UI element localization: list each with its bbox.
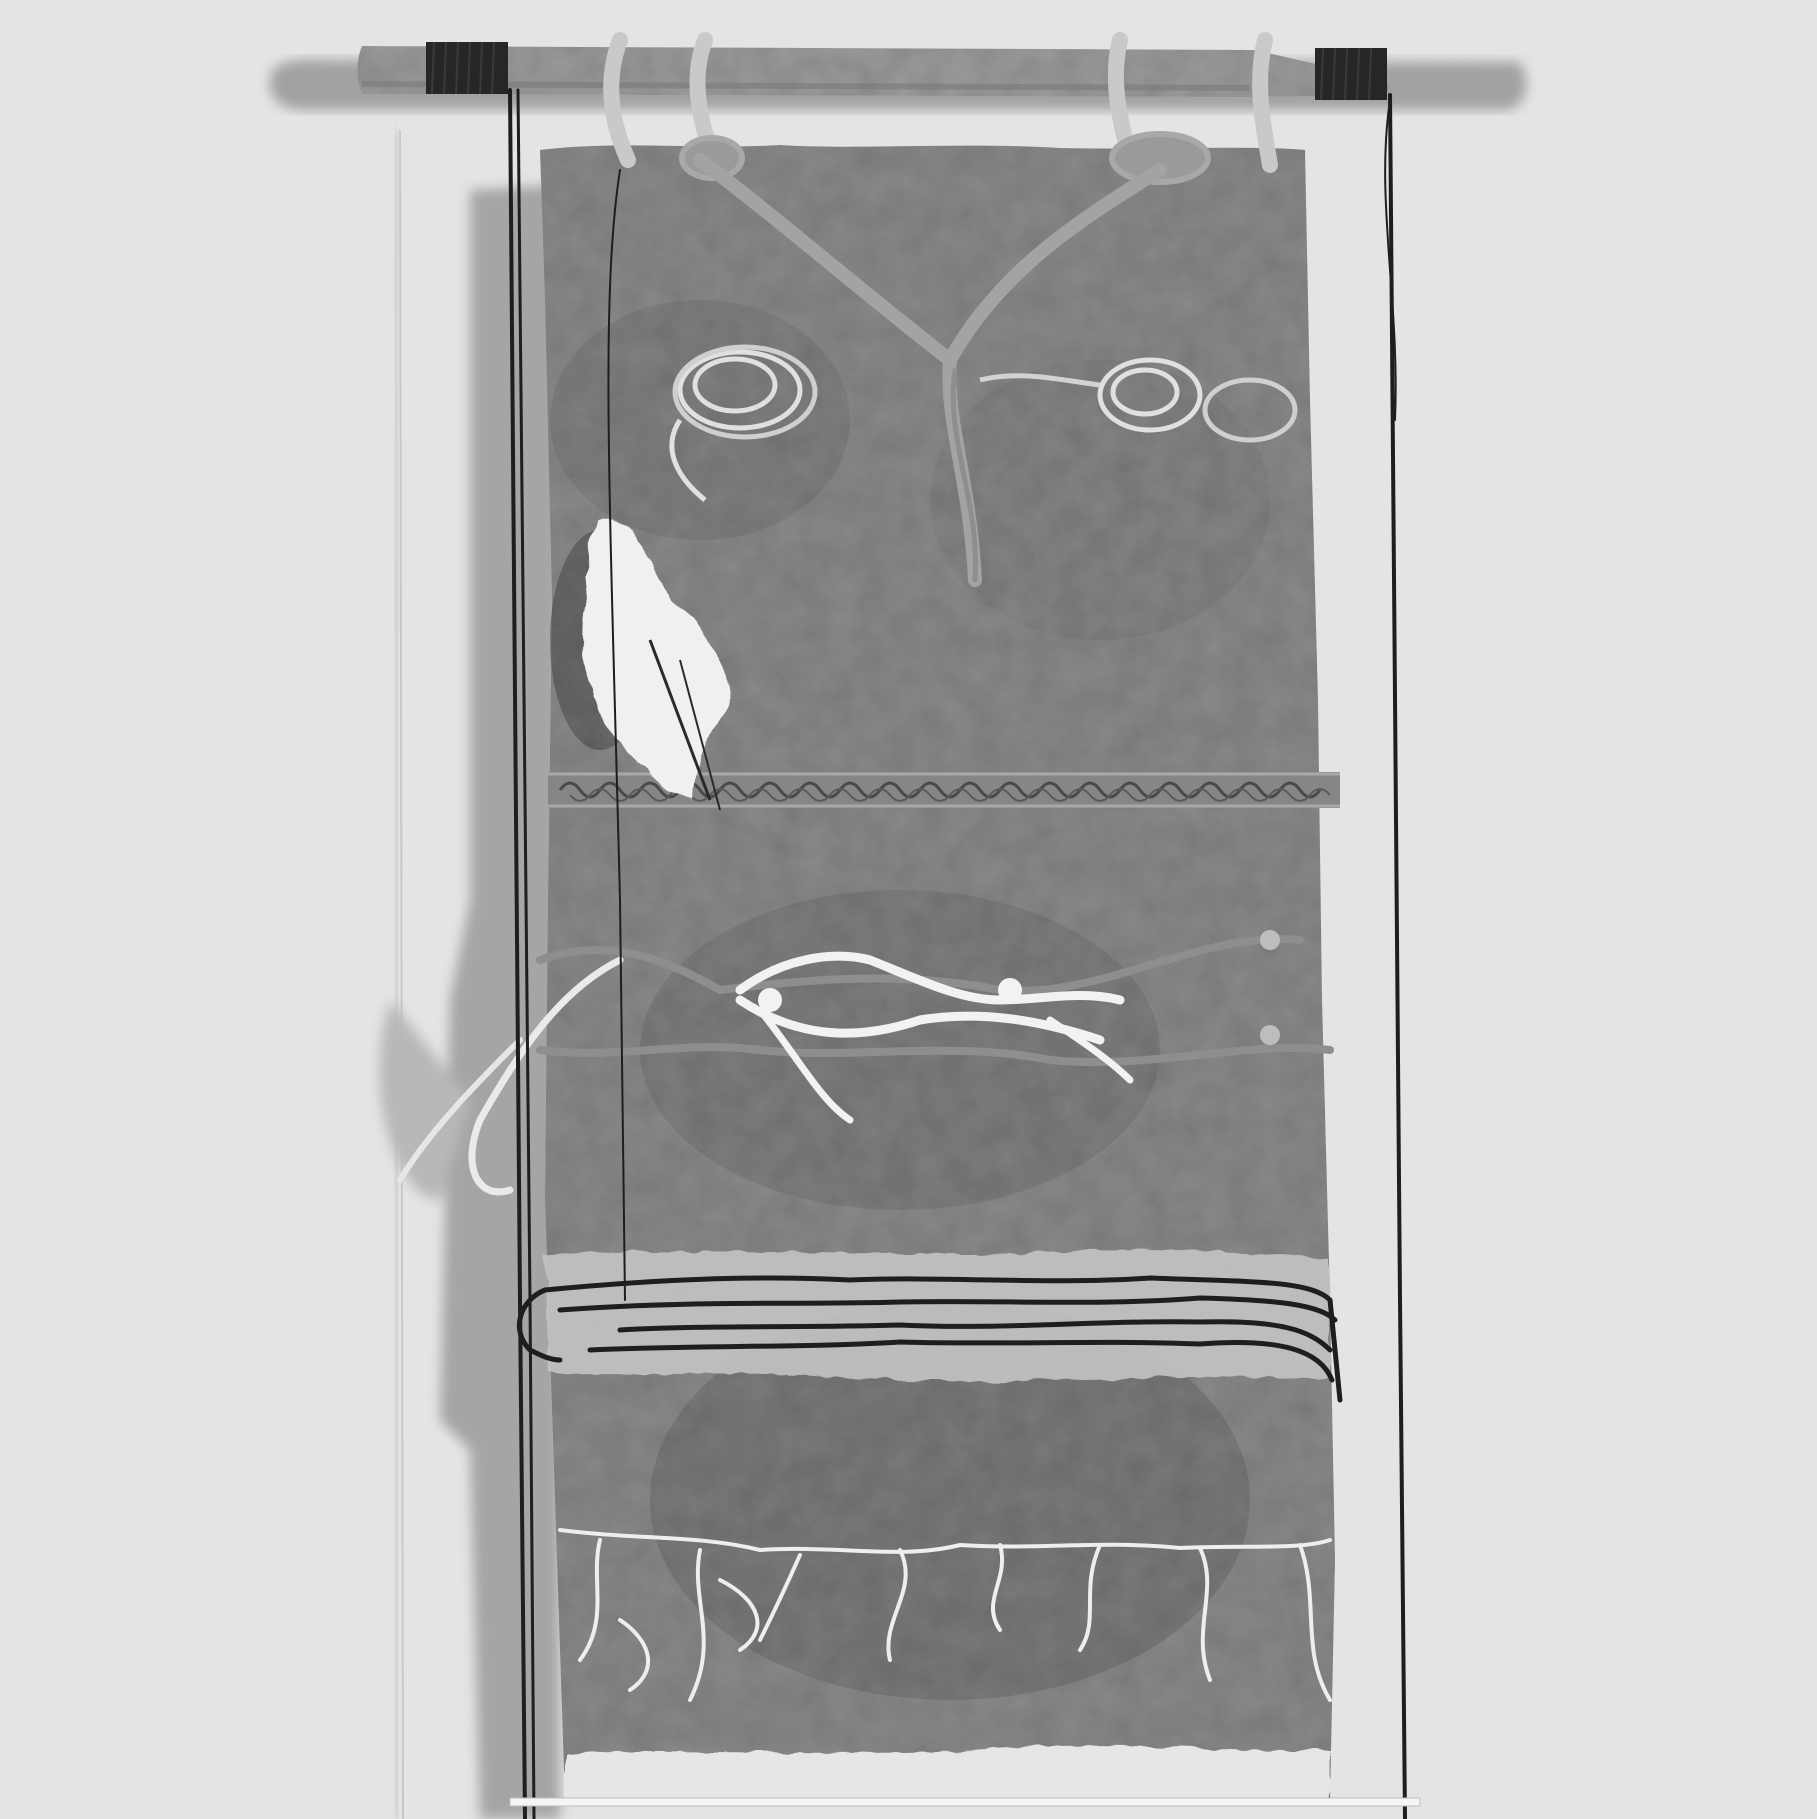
pale-bottom-edge — [565, 1746, 1330, 1800]
shadow-thread-left — [395, 130, 398, 1819]
artwork-photo — [0, 0, 1817, 1819]
rod-with-thread-wraps — [358, 42, 1390, 100]
bottom-rod — [510, 1798, 1420, 1806]
pale-torn-strip — [545, 1250, 1330, 1381]
thread-wrap-left — [426, 42, 508, 94]
thread-wrap-right — [1315, 48, 1387, 100]
